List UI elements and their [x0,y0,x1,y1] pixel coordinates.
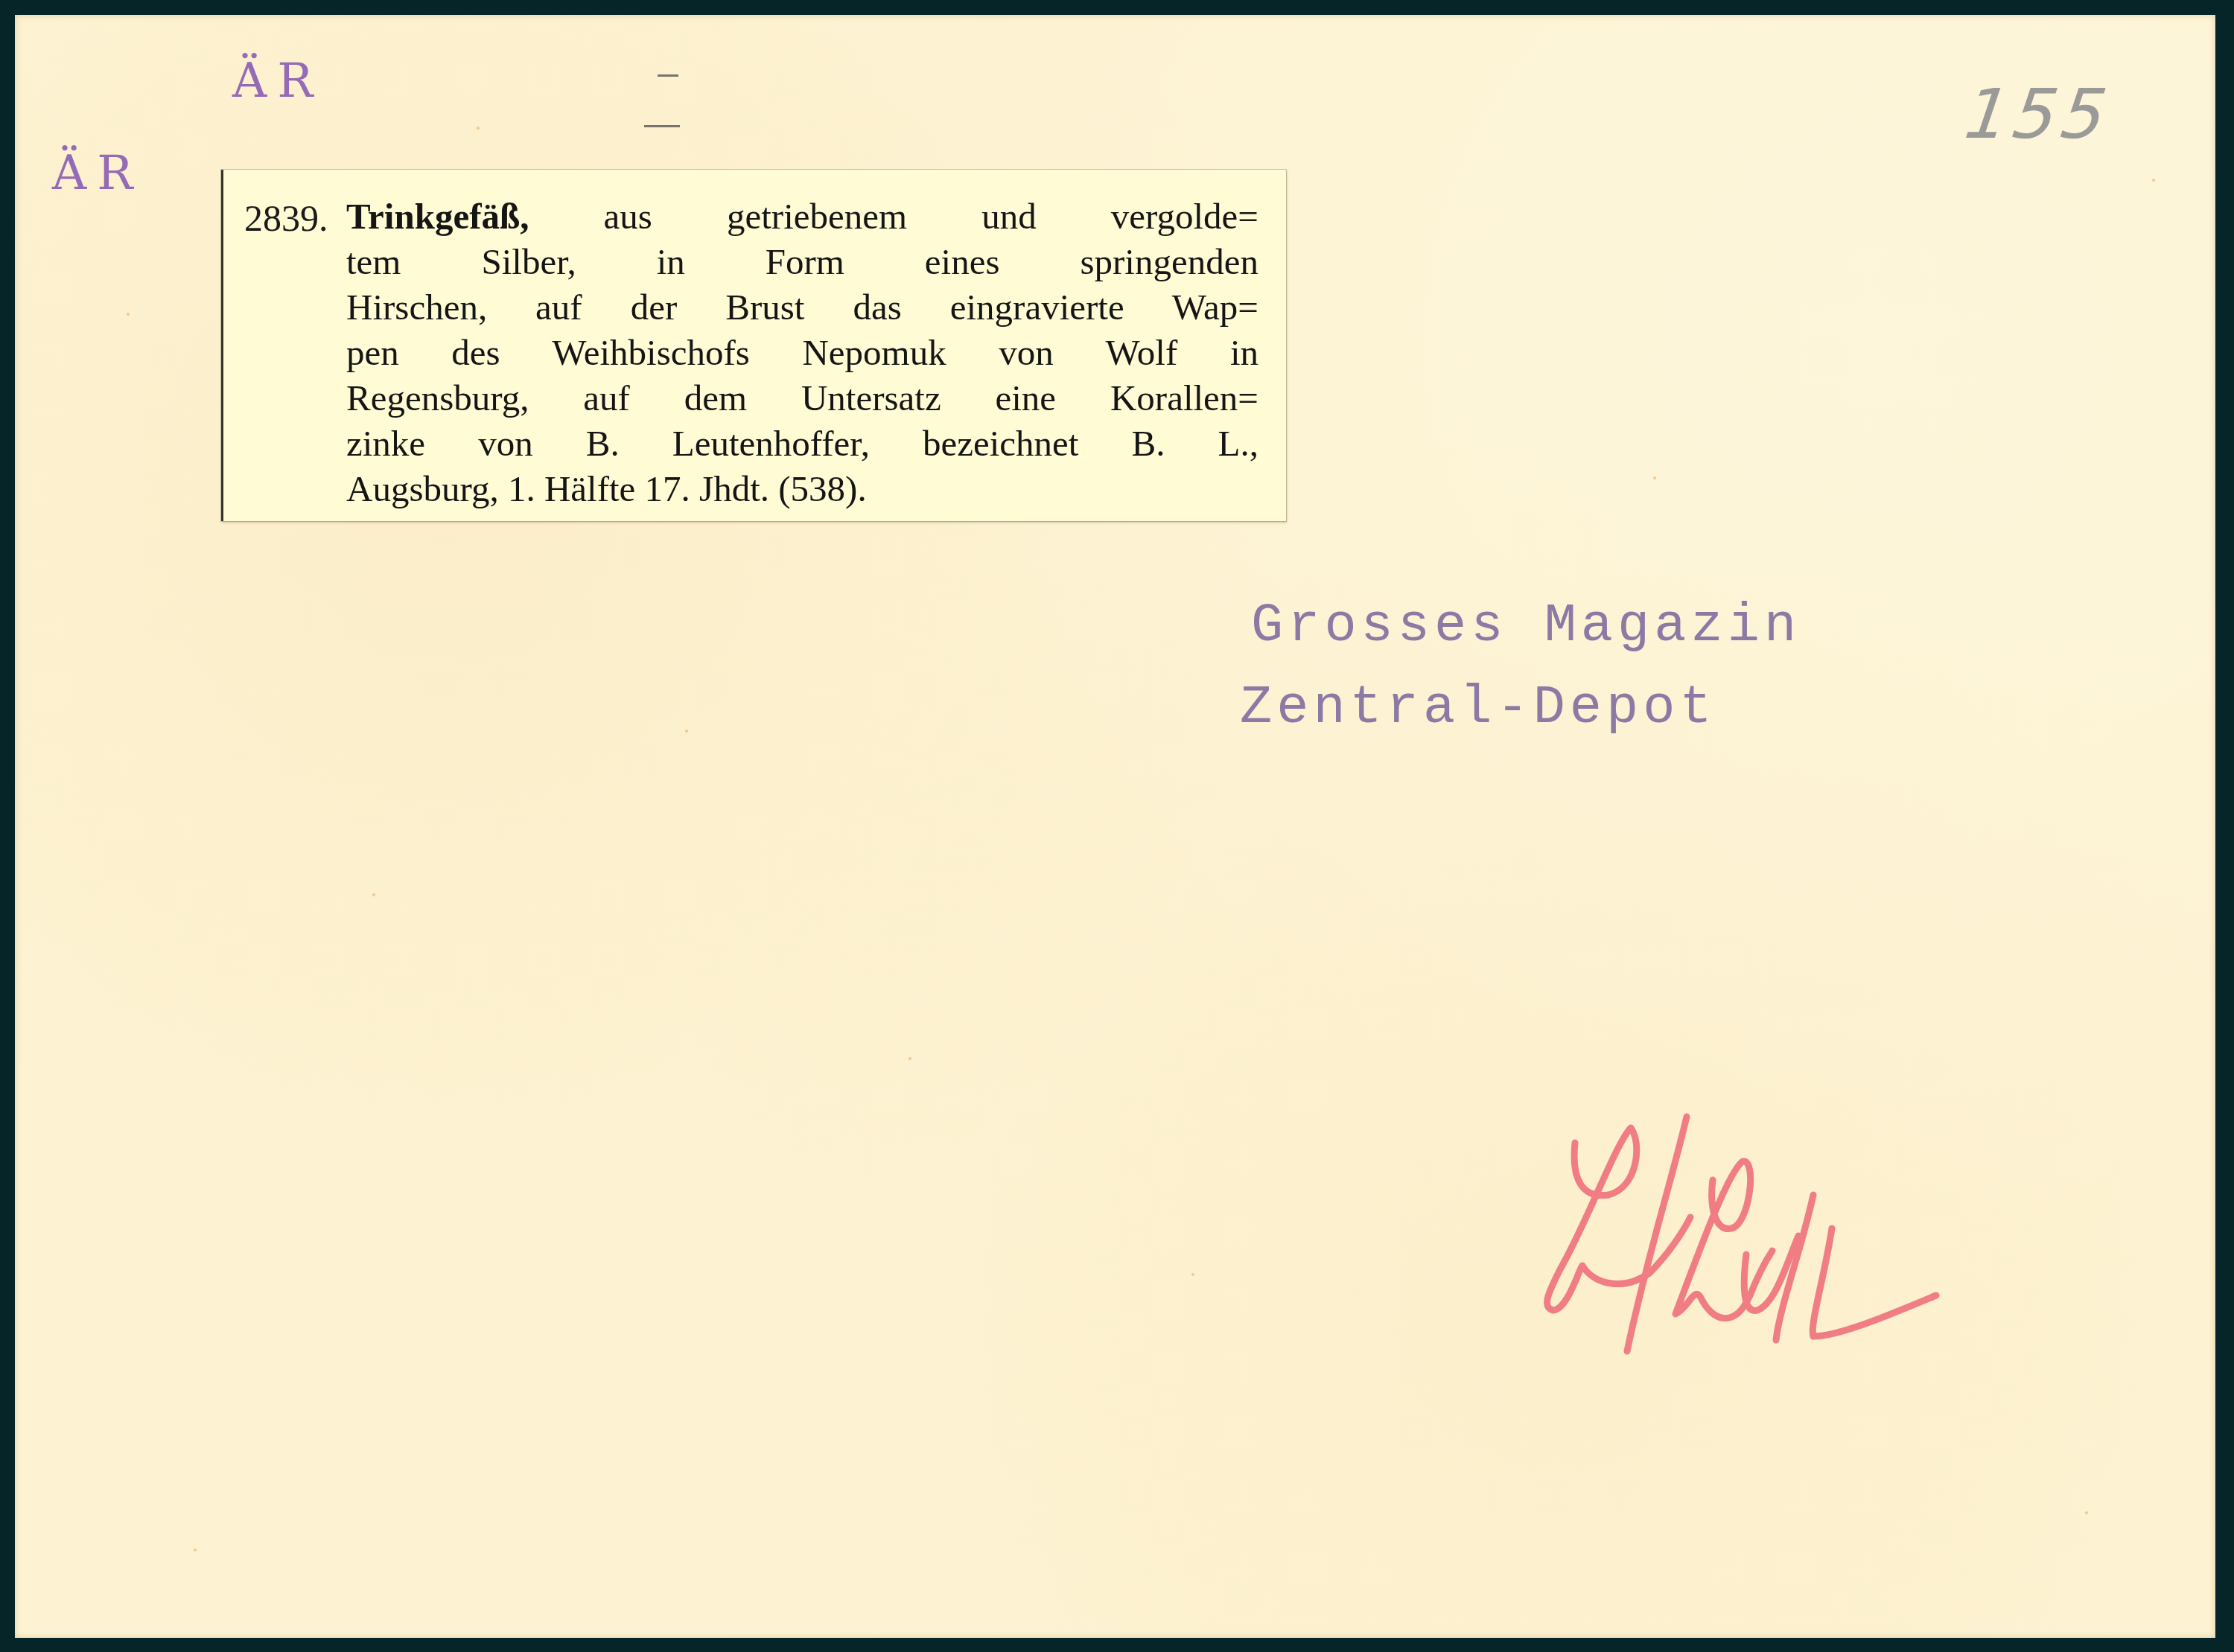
paper-speck [477,127,480,130]
entry-title: Trinkgefäß, [346,196,529,237]
paper-speck [194,1549,197,1551]
pencil-number: 155 [1960,74,2116,154]
paper-speck [1653,476,1656,479]
entry-line: zinke von B. Leutenhoffer, bezeichnet B.… [346,421,1258,466]
paper-speck [127,313,130,316]
entry-number: 2839. [244,197,328,240]
signature-icon [1519,1113,2011,1359]
entry-line: Hirschen, auf der Brust das eingravierte… [346,284,1258,330]
depot-stamp-line2: Zentral-Depot [1240,677,1716,739]
entry-line: tem Silber, in Form eines springenden [346,239,1258,284]
pencil-mark [658,74,678,77]
ar-stamp-top: ÄR [232,54,323,109]
entry-line: Trinkgefäß, aus getriebenem und vergolde… [346,194,1258,239]
entry-line: Augsburg, 1. Hälfte 17. Jhdt. (538). [346,466,1258,511]
paper-speck [2152,179,2155,182]
paper-speck [2085,1511,2088,1514]
paper-speck [685,730,688,733]
depot-stamp-line1: Grosses Magazin [1251,596,1801,657]
paper-speck [908,1057,911,1060]
catalogue-clipping: 2839. Trinkgefäß, aus getriebenem und ve… [221,170,1286,521]
paper-speck [372,893,375,896]
entry-line: pen des Weihbischofs Nepomuk von Wolf in [346,330,1258,375]
ar-stamp-left: ÄR [52,146,143,201]
entry-description: Trinkgefäß, aus getriebenem und vergolde… [346,194,1258,511]
entry-line: Regensburg, auf dem Untersatz eine Koral… [346,375,1258,421]
pencil-mark [644,125,680,127]
paper-speck [1191,1273,1194,1276]
